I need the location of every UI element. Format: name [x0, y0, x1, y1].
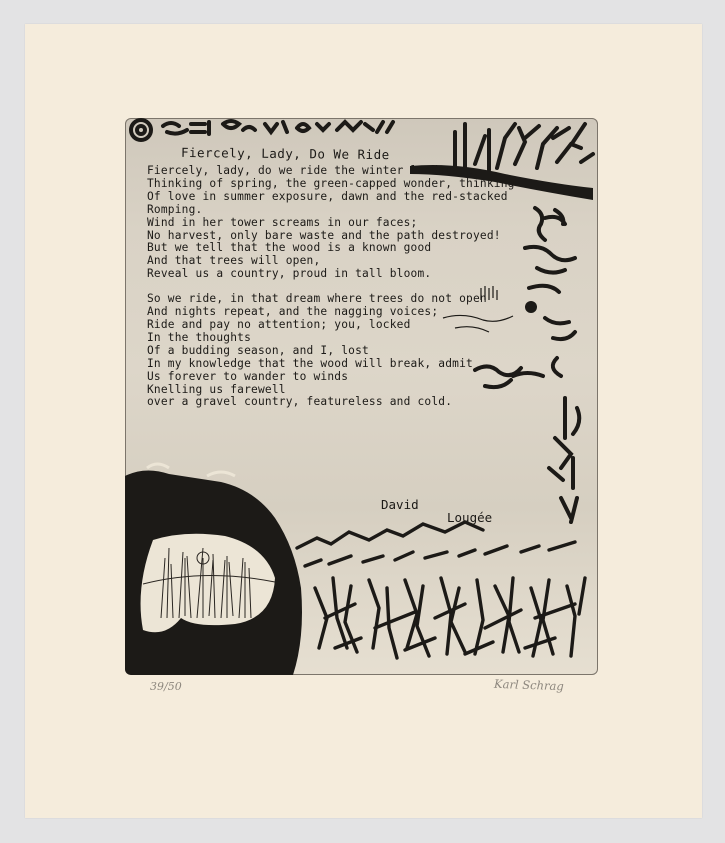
- poem-line: Thinking of spring, the green-capped won…: [147, 178, 537, 191]
- poem-body: Fiercely, lady, do we ride the winter la…: [147, 165, 537, 409]
- poem-line: Of a budding season, and I, lost: [147, 345, 537, 358]
- edition-number: 39/50: [150, 680, 182, 693]
- poem-title: Fiercely, Lady, Do We Ride: [181, 145, 390, 162]
- artist-signature: Karl Schrag: [494, 677, 564, 693]
- poet-signature-first: David: [381, 497, 419, 512]
- poem-line: Of love in summer exposure, dawn and the…: [147, 191, 537, 204]
- ornament-band-icon: [131, 120, 393, 140]
- poem-line: In my knowledge that the wood will break…: [147, 358, 537, 371]
- thicket-icon: [297, 522, 585, 658]
- poem-line: Us forever to wander to winds: [147, 371, 537, 384]
- etching-plate: Fiercely, Lady, Do We Ride Fiercely, lad…: [125, 118, 598, 675]
- poem-line: Fiercely, lady, do we ride the winter la…: [147, 165, 537, 178]
- poem-line: In the thoughts: [147, 332, 537, 345]
- poem-line: Romping.: [147, 204, 537, 217]
- poet-signature-last: Lougée: [447, 510, 492, 525]
- poem-line: over a gravel country, featureless and c…: [147, 396, 537, 409]
- poem-line: Ride and pay no attention; you, locked: [147, 319, 537, 332]
- poem-line: Wind in her tower screams in our faces;: [147, 217, 537, 230]
- poem-line: Reveal us a country, proud in tall bloom…: [147, 268, 537, 281]
